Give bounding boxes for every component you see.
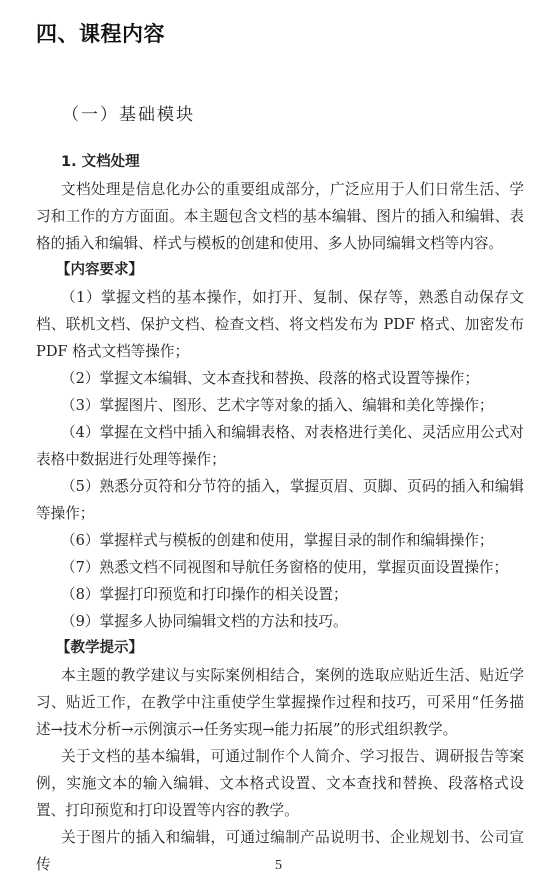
requirement-item: （8）掌握打印预览和打印操作的相关设置； [36,581,524,608]
intro-paragraph: 文档处理是信息化办公的重要组成部分，广泛应用于人们日常生活、学习和工作的方方面面… [36,176,524,257]
requirement-item: （1）掌握文档的基本操作，如打开、复制、保存等，熟悉自动保存文档、联机文档、保护… [36,284,524,365]
document-page: 四、课程内容 （一）基础模块 1. 文档处理 文档处理是信息化办公的重要组成部分… [0,0,557,896]
requirement-item: （7）熟悉文档不同视图和导航任务窗格的使用，掌握页面设置操作； [36,554,524,581]
requirement-item: （4）掌握在文档中插入和编辑表格、对表格进行美化、灵活应用公式对表格中数据进行处… [36,419,524,473]
requirement-item: （2）掌握文本编辑、文本查找和替换、段落的格式设置等操作； [36,365,524,392]
tip-paragraph: 本主题的教学建议与实际案例相结合，案例的选取应贴近生活、贴近学习、贴近工作，在教… [36,662,524,743]
tips-heading: 【教学提示】 [36,635,524,662]
requirements-heading: 【内容要求】 [36,257,524,284]
page-number: 5 [0,858,557,874]
requirement-item: （9）掌握多人协同编辑文档的方法和技巧。 [36,608,524,635]
requirement-item: （6）掌握样式与模板的创建和使用，掌握目录的制作和编辑操作； [36,527,524,554]
requirement-item: （3）掌握图片、图形、艺术字等对象的插入、编辑和美化等操作； [36,392,524,419]
subsection-title: （一）基础模块 [62,100,195,125]
section-title: 四、课程内容 [36,18,165,48]
topic-title: 1. 文档处理 [36,149,524,176]
page-body: 1. 文档处理 文档处理是信息化办公的重要组成部分，广泛应用于人们日常生活、学习… [36,149,524,878]
tip-paragraph: 关于文档的基本编辑，可通过制作个人简介、学习报告、调研报告等案例，实施文本的输入… [36,743,524,824]
requirement-item: （5）熟悉分页符和分节符的插入，掌握页眉、页脚、页码的插入和编辑等操作； [36,473,524,527]
